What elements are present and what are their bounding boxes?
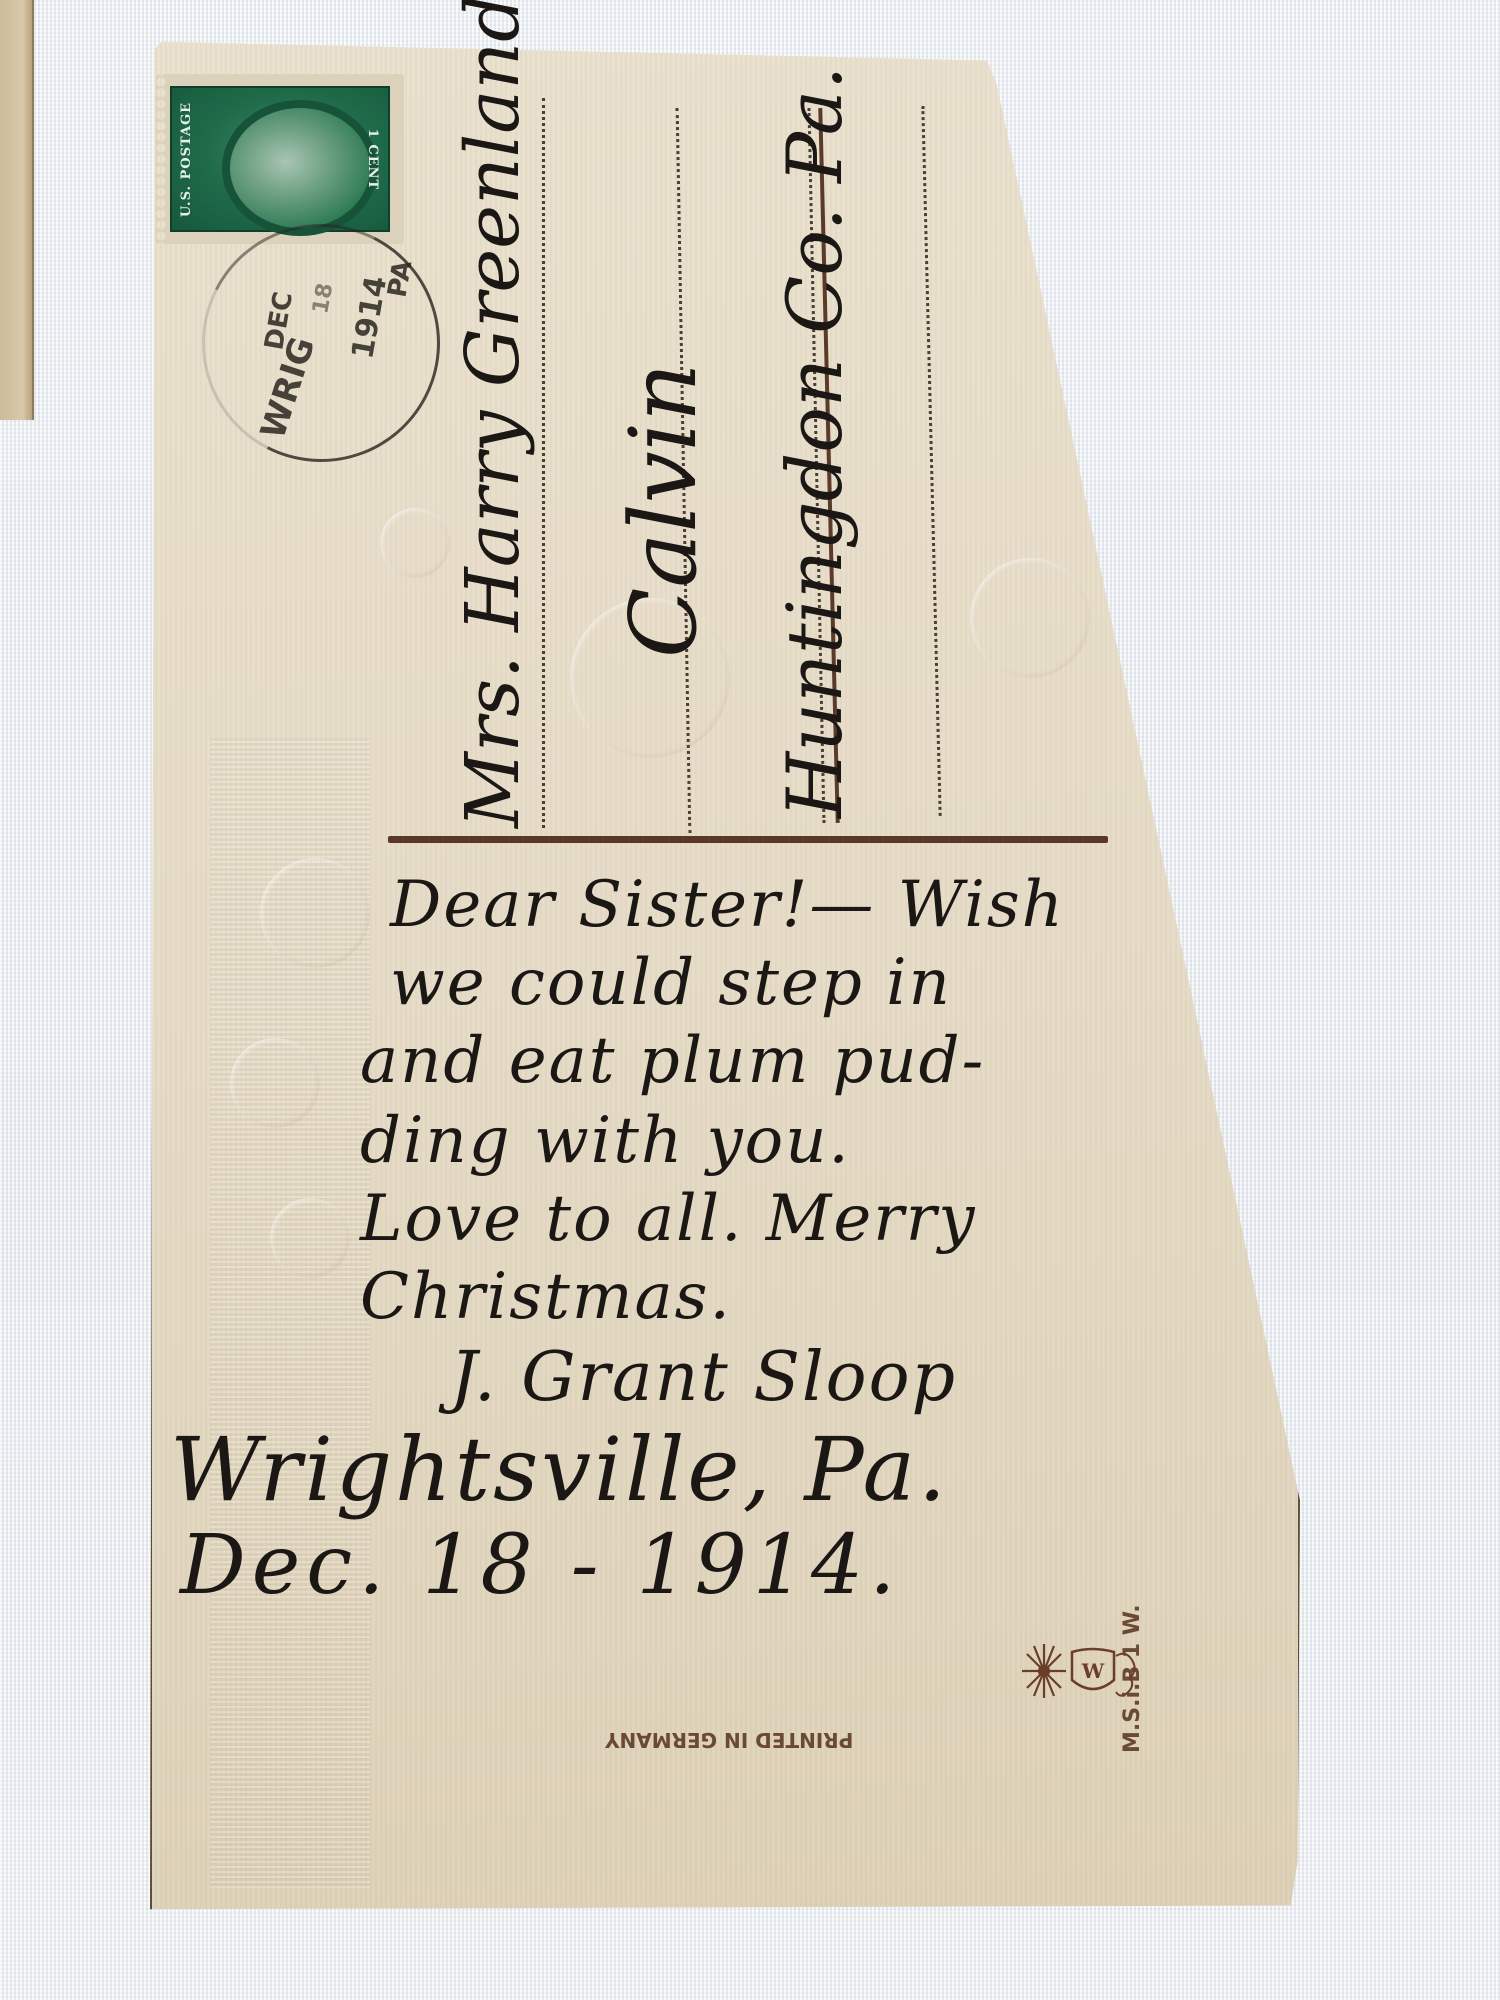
postmark-day: 18 [308,281,338,316]
message-divider-line [388,836,1108,843]
printed-origin: PRINTED IN GERMANY [605,1728,853,1752]
address-recipient: Mrs. Harry Greenland [450,0,536,828]
embossed-holly-leaf [260,858,370,968]
sunburst-shield-logo-icon: W [1022,1636,1152,1706]
stamp-frame: U.S. POSTAGE 1 CENT [170,86,390,232]
embossed-holly-berry [380,508,450,578]
stamp-country-text: U.S. POSTAGE [176,94,198,224]
message-line-3: and eat plum pud- [360,1024,985,1098]
stamp-denomination-text: 1 CENT [362,94,384,224]
address-town: Calvin [610,363,717,658]
adjacent-board-edge [0,0,34,420]
message-place: Wrightsville, Pa. [170,1418,949,1521]
postmark-state: PA [382,258,418,299]
message-date: Dec. 18 - 1914. [180,1518,901,1613]
embossed-holly-leaf [230,1038,320,1128]
portrait-stamp-icon [222,100,378,236]
address-county-state: Huntingdon Co. Pa. [770,66,859,818]
message-line-1: Dear Sister!— Wish [390,868,1065,942]
message-signature: J. Grant Sloop [450,1338,957,1417]
message-line-6: Christmas. [360,1260,732,1334]
postcard: U.S. POSTAGE 1 CENT WRIG DEC 18 1914 PA … [150,38,1300,1913]
message-line-2: we could step in [390,946,952,1020]
message-line-4: ding with you. [360,1104,851,1178]
address-line-1 [542,98,545,828]
embossed-holly-leaf [970,558,1090,678]
svg-text:W: W [1081,1659,1105,1683]
message-line-5: Love to all. Merry [360,1182,977,1256]
embossed-holly-berry [270,1198,350,1278]
postage-stamp: U.S. POSTAGE 1 CENT [156,74,404,244]
